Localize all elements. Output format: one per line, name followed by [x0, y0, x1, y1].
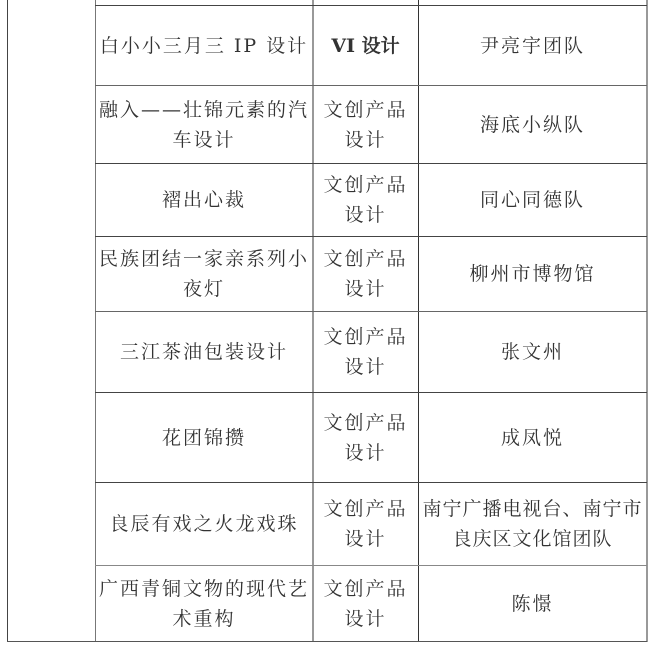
table-row-4-name: 民族团结一家亲系列小夜灯: [96, 237, 312, 311]
table-row-8-name: 广西青铜文物的现代艺术重构: [96, 566, 312, 641]
table-row-7-author: 南宁广播电视台、南宁市良庆区文化馆团队: [419, 483, 646, 565]
table-row-3-category: 文创产品设计: [313, 164, 418, 236]
table-row-5-author: 张文州: [419, 312, 646, 392]
table-row-6-name: 花团锦攒: [96, 393, 312, 482]
table-row-4-category: 文创产品设计: [313, 237, 418, 311]
table-left-border: [7, 0, 8, 642]
table-row-3-author: 同心同德队: [419, 164, 646, 236]
table-row-7-category: 文创产品设计: [313, 483, 418, 565]
table-row-2-author: 海底小纵队: [419, 86, 646, 163]
table-row-7-name: 良辰有戏之火龙戏珠: [96, 483, 312, 565]
table-row-4-author: 柳州市博物馆: [419, 237, 646, 311]
table-row-5-name: 三江茶油包装设计: [96, 312, 312, 392]
table-row-5-category: 文创产品设计: [313, 312, 418, 392]
table-row-1-name: 白小小三月三 IP 设计: [96, 6, 312, 85]
table-row-6-category: 文创产品设计: [313, 393, 418, 482]
table-row-8-author: 陈憬: [419, 566, 646, 641]
table-row-8-category: 文创产品设计: [313, 566, 418, 641]
table-row-6-author: 成凤悦: [419, 393, 646, 482]
table-row-1-category: VI 设计: [313, 6, 418, 85]
table-bottom-border: [7, 641, 647, 642]
table-row-1-author: 尹亮宇团队: [419, 6, 646, 85]
table-row-2-name: 融入——壮锦元素的汽车设计: [96, 86, 312, 163]
table-row-2-category: 文创产品设计: [313, 86, 418, 163]
table-row-3-name: 褶出心裁: [96, 164, 312, 236]
table-right-border: [646, 0, 648, 642]
